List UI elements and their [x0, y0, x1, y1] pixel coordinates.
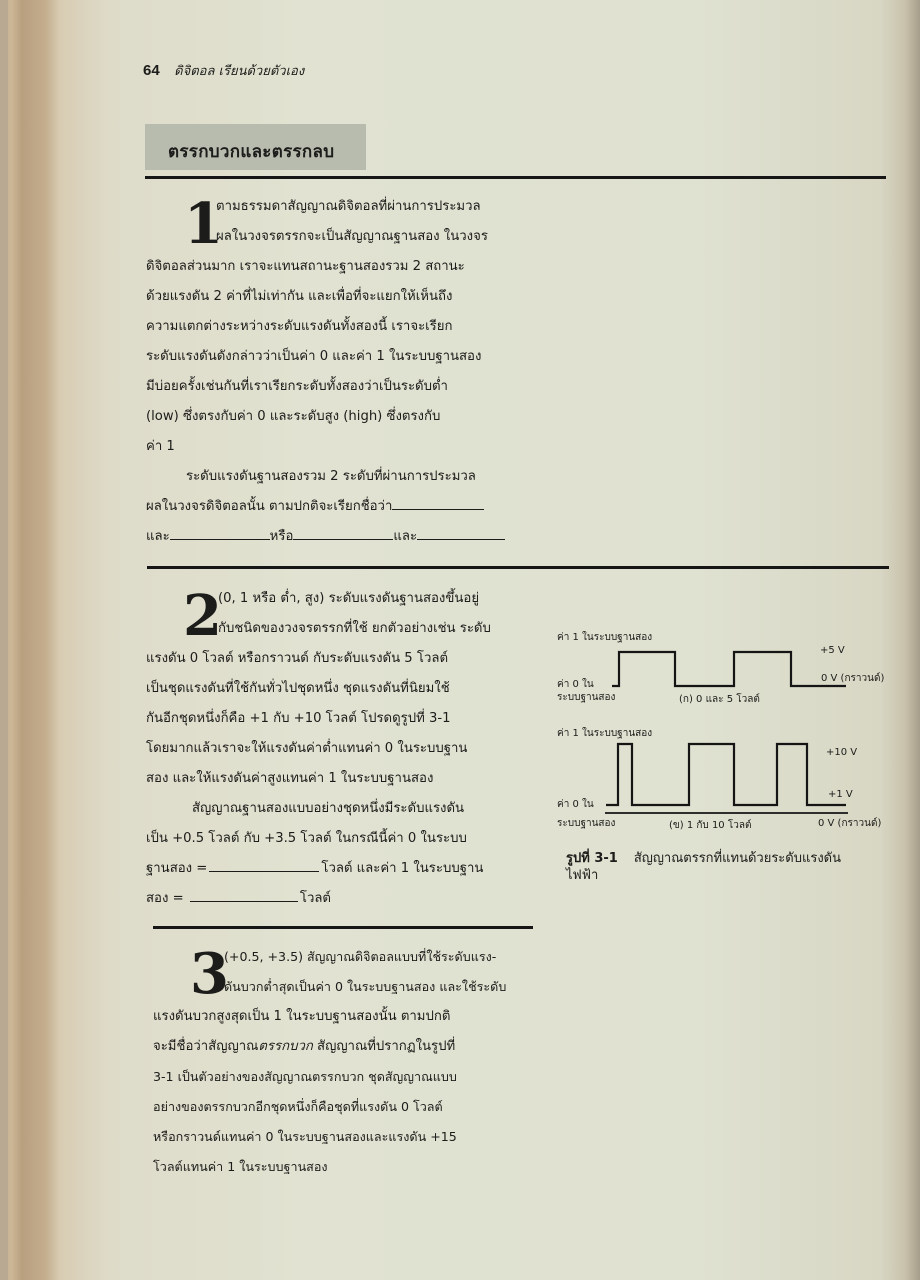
figure-caption-text: สัญญาณตรรกที่แทนด้วยระดับแรงดัน [634, 851, 841, 866]
fig-b-label-zero-2: ระบบฐานสอง [557, 816, 615, 831]
fig-a-label-zero-2: ระบบฐานสอง [557, 690, 615, 705]
waveform-a [612, 652, 846, 686]
figure-3-1-waveforms [0, 0, 920, 1280]
fig-a-high-label: +5 V [820, 645, 845, 656]
fig-b-high-label: +10 V [826, 747, 857, 758]
waveform-b [606, 744, 846, 805]
book-page: 64 ดิจิตอล เรียนด้วยตัวเอง ตรรกบวกและตรร… [0, 0, 920, 1280]
figure-caption: รูปที่ 3-1สัญญาณตรรกที่แทนด้วยระดับแรงดั… [566, 847, 841, 868]
figure-caption-line-2: ไฟฟ้า [566, 864, 598, 885]
fig-b-low-label: +1 V [828, 789, 853, 800]
fig-b-label-one: ค่า 1 ในระบบฐานสอง [557, 726, 652, 741]
fig-b-ground-label: 0 V (กราวนด์) [818, 816, 881, 831]
fig-b-label-zero-1: ค่า 0 ใน [557, 797, 594, 812]
fig-a-label-one: ค่า 1 ในระบบฐานสอง [557, 630, 652, 645]
fig-b-subcaption: (ข) 1 กับ 10 โวลต์ [669, 818, 751, 833]
fig-a-subcaption: (ก) 0 และ 5 โวลต์ [679, 692, 760, 707]
fig-a-low-label: 0 V (กราวนด์) [821, 671, 884, 686]
